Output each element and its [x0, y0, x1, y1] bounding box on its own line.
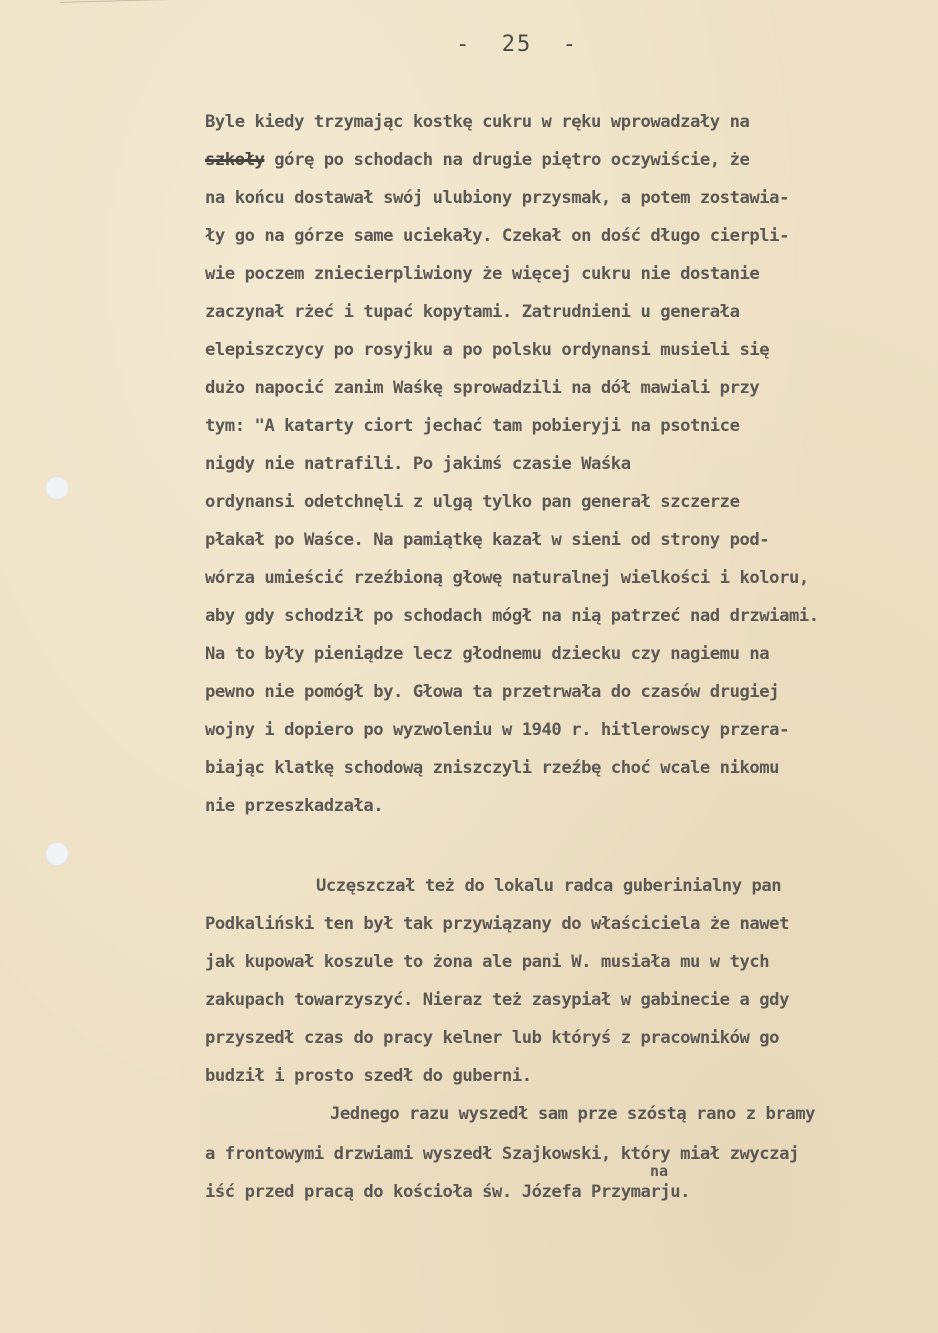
text-line: Uczęszczał też do lokalu radca guberinia… [316, 876, 781, 896]
text-line: zakupach towarzyszyć. Nieraz też zasypia… [205, 990, 789, 1010]
text-line: pewno nie pomógł by. Głowa ta przetrwała… [205, 682, 779, 702]
text-line: płakał po Waśce. Na pamiątkę kazał w sie… [205, 530, 769, 550]
text-line: budził i prosto szedł do guberni. [205, 1066, 532, 1086]
text-line: Byle kiedy trzymając kostkę cukru w ręku… [205, 112, 749, 132]
text-line: elepiszczycy po rosyjku a po polsku ordy… [205, 340, 769, 360]
text-line: Jednego razu wyszedł sam prze szóstą ran… [330, 1104, 815, 1124]
text-line: wojny i dopiero po wyzwoleniu w 1940 r. … [205, 720, 789, 740]
text-line: na końcu dostawał swój ulubiony przysmak… [205, 188, 789, 208]
text-line: jak kupował koszule to żona ale pani W. … [205, 952, 769, 972]
text-line: nie przeszkadzała. [205, 796, 383, 816]
text-line: biając klatkę schodową zniszczyli rzeźbę… [205, 758, 779, 778]
text-line: aby gdy schodził po schodach mógł na nią… [205, 606, 819, 626]
overtyped-word: szkoły [205, 150, 264, 170]
text-line: tym: "A katarty ciort jechać tam pobiery… [205, 416, 739, 436]
text-line: ły go na górze same uciekały. Czekał on … [205, 226, 789, 246]
paper-edge-mark [60, 0, 200, 9]
punch-hole-upper [45, 476, 69, 500]
text-line: ordynansi odetchnęli z ulgą tylko pan ge… [205, 492, 739, 512]
text-line: iść przed pracą do kościoła św. Józefa P… [205, 1182, 690, 1202]
text-line: a frontowymi drzwiami wyszedł Szajkowski… [205, 1144, 799, 1164]
document-page: - 25 - Byle kiedy trzymając kostkę cukru… [0, 0, 938, 1333]
text-line: zaczynał rżeć i tupać kopytami. Zatrudni… [205, 302, 739, 322]
text-line: wórza umieścić rzeźbioną głowę naturalne… [205, 568, 809, 588]
text-line: szkoły górę po schodach na drugie piętro… [205, 150, 749, 170]
punch-hole-lower [45, 842, 69, 866]
text-line: dużo napocić zanim Waśkę sprowadzili na … [205, 378, 759, 398]
text-line-rest: górę po schodach na drugie piętro oczywi… [264, 150, 749, 170]
text-line: nigdy nie natrafili. Po jakimś czasie Wa… [205, 454, 631, 474]
text-line: przyszedł czas do pracy kelner lub który… [205, 1028, 779, 1048]
interlinear-insertion: na [650, 1162, 668, 1180]
page-number: - 25 - [456, 32, 578, 57]
text-line: wie poczem zniecierpliwiony że więcej cu… [205, 264, 759, 284]
text-line: Na to były pieniądze lecz głodnemu dziec… [205, 644, 769, 664]
text-line: Podkaliński ten był tak przywiązany do w… [205, 914, 789, 934]
